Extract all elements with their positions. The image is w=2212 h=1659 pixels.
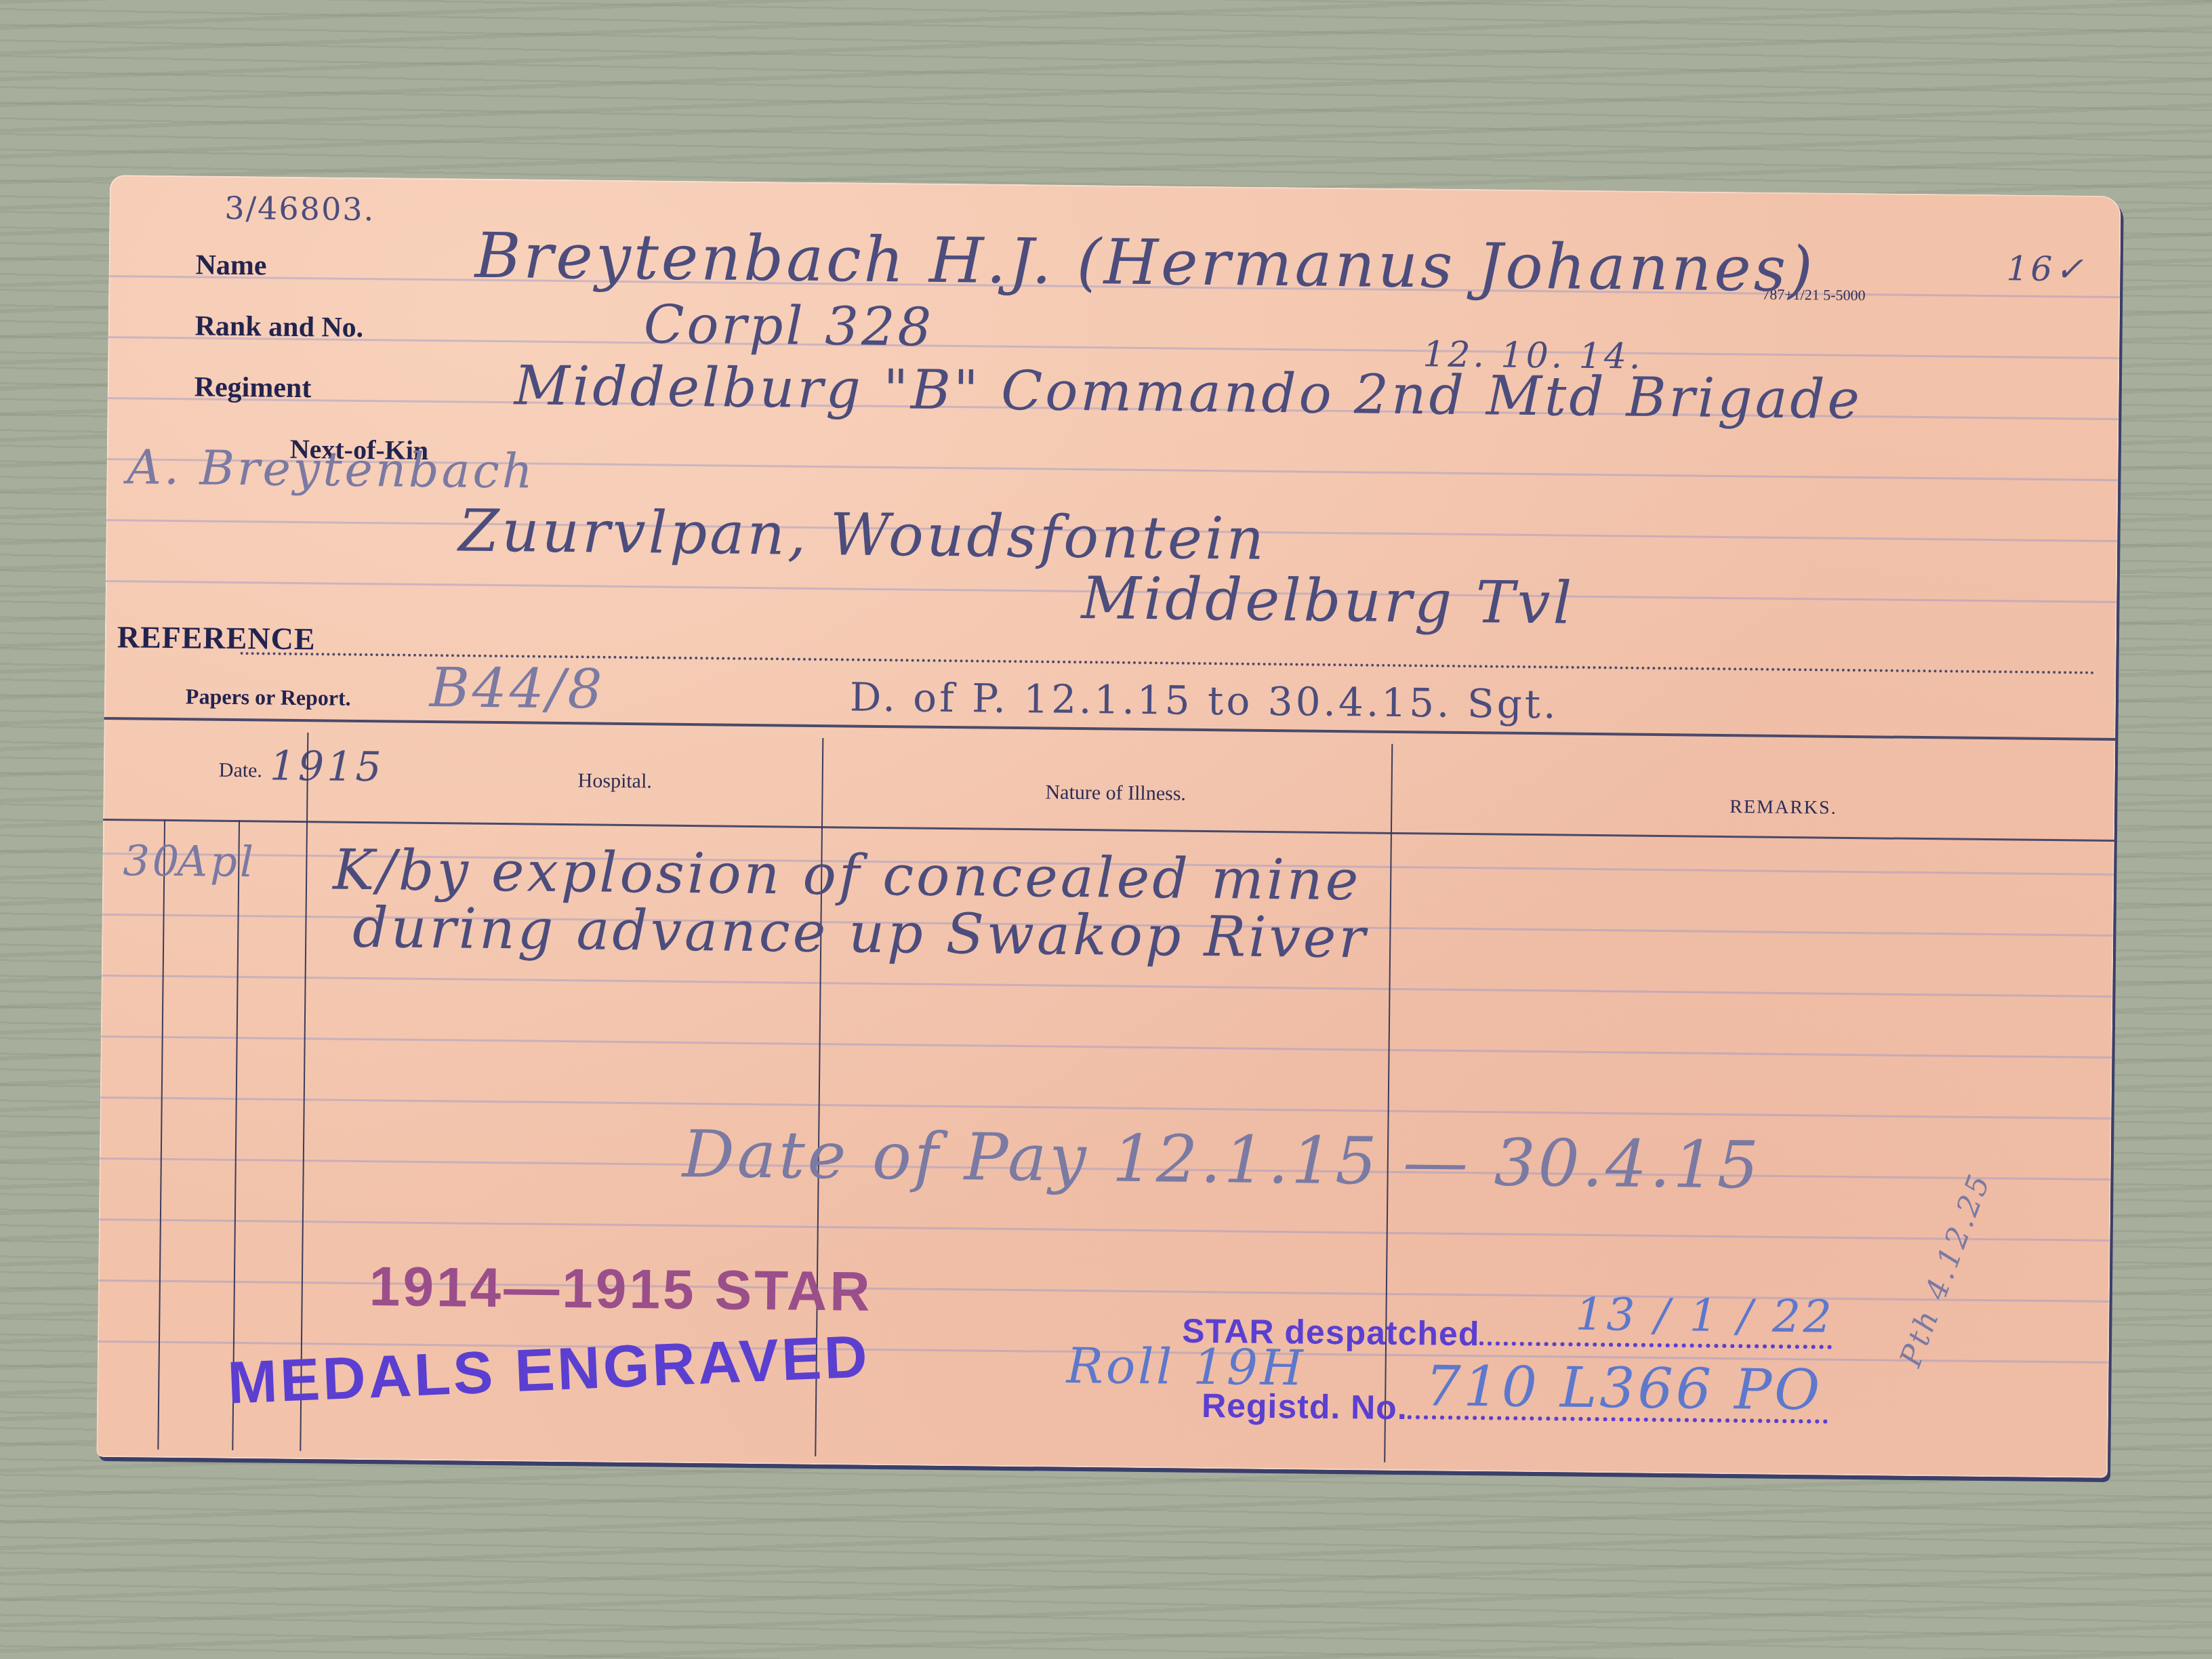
despatched-label-text: STAR despatched — [1182, 1312, 1480, 1353]
registd-label-text: Registd. No. — [1202, 1387, 1408, 1427]
header-hospital: Hospital. — [577, 769, 652, 793]
rank-label: Rank and No. — [194, 310, 363, 344]
row-entry-line-2: during advance up Swakop River — [352, 896, 1368, 971]
pay-note: D. of P. 12.1.15 to 30.4.15. Sgt. — [850, 674, 1559, 727]
initials-note: Pth 4.12.25 — [1893, 1168, 1998, 1371]
next-of-kin-name: A. Breytenbach — [127, 439, 535, 499]
rank-value: Corpl 328 — [643, 294, 934, 358]
ruled-line — [100, 1097, 2112, 1120]
header-nature-of-illness: Nature of Illness. — [1045, 781, 1186, 806]
regiment-label: Regiment — [194, 371, 311, 405]
medals-engraved-stamp: MEDALS ENGRAVED — [226, 1322, 872, 1418]
regiment-value: Middelburg "B" Commando 2nd Mtd Brigade — [514, 354, 1862, 431]
papers-value: B44/8 — [430, 656, 605, 721]
ruled-line — [101, 1036, 2112, 1059]
row-day: 30 — [123, 836, 182, 886]
file-number: 3/46803. — [224, 190, 375, 228]
header-year: 1915 — [270, 743, 384, 792]
ruled-line — [108, 336, 2119, 359]
date-of-pay: Date of Pay 12.1.15 — 30.4.15 — [682, 1116, 1761, 1204]
registd-value: 710 L366 PO — [1425, 1354, 1823, 1422]
star-stamp: 1914—1915 STAR — [369, 1255, 873, 1324]
medal-record-card: 3/46803. 787+1/21 5-5000 16✓ Name Breyte… — [96, 175, 2121, 1478]
reference-heading: REFERENCE — [117, 619, 316, 657]
name-value: Breytenbach H.J. (Hermanus Johannes) — [474, 220, 1816, 306]
despatched-value: 13 / 1 / 22 — [1575, 1288, 1835, 1343]
next-of-kin-address-1: Zuurvlpan, Woudsfontein — [458, 497, 1267, 573]
ruled-line — [99, 1218, 2110, 1242]
ruled-line — [102, 975, 2113, 998]
corner-mark: 16✓ — [2006, 249, 2086, 289]
next-of-kin-address-2: Middelburg Tvl — [1081, 565, 1574, 638]
header-remarks: REMARKS. — [1729, 796, 1837, 819]
header-date: Date. — [219, 759, 262, 783]
papers-label: Papers or Report. — [186, 684, 351, 711]
row-month: Apl — [177, 836, 256, 886]
name-label: Name — [195, 249, 266, 282]
